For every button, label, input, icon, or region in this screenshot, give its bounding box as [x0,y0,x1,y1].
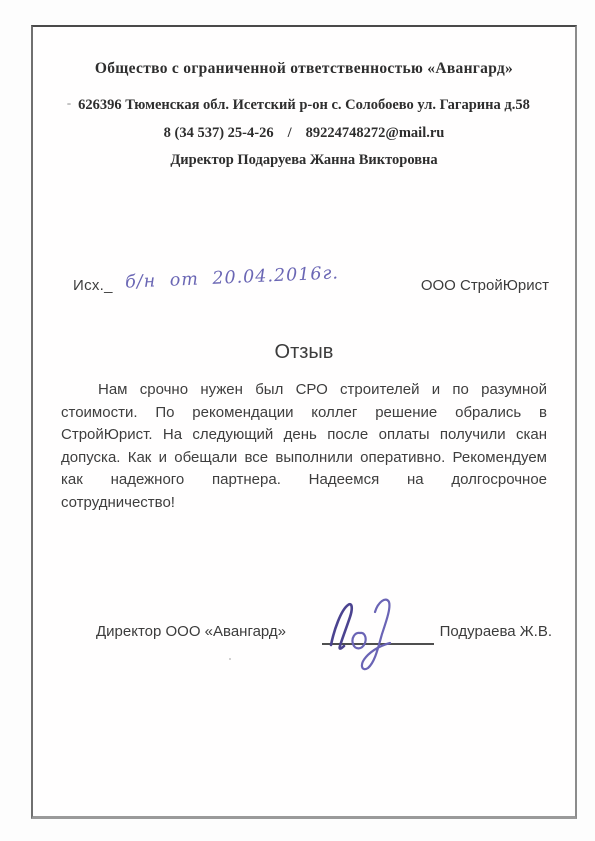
handwritten-outgoing-number: б/н от 20.04.2016г. [125,263,340,292]
contacts-separator: / [288,125,292,142]
signature-row: Директор ООО «Авангард» Подураева Ж.В. [33,622,575,702]
scan-speck [229,658,231,660]
body-line: сотрудничество! [61,492,547,515]
director-line: Директор Подаруева Жанна Викторовна [33,152,575,169]
body-line: Нам срочно нужен был СРО строителей и по… [61,379,547,402]
scan-speck [375,477,377,478]
letter-title: Отзыв [33,341,575,364]
letter-body: Нам срочно нужен был СРО строителей и по… [61,379,547,514]
company-name: Общество с ограниченной ответственностью… [33,60,575,78]
body-line: допуска. Как и обещали все выполнили опе… [61,447,547,470]
outgoing-number-label: Исх._ [73,277,113,294]
scan-speck [67,103,71,105]
reference-row: Исх._ б/н от 20.04.2016г. ООО СтройЮрист [33,274,575,300]
email-address: 89224748272@mail.ru [306,125,445,141]
body-line: стоимости. По рекомендации коллег решени… [61,402,547,425]
scanned-letter-page: Общество с ограниченной ответственностью… [0,0,595,841]
company-address: 626396 Тюменская обл. Исетский р-он с. С… [33,97,575,114]
letter-sheet-border: Общество с ограниченной ответственностью… [31,25,577,819]
signatory-position: Директор ООО «Авангард» [96,623,286,640]
phone-number: 8 (34 537) 25-4-26 [164,125,274,141]
body-line: как надежного партнера. Надеемся на долг… [61,469,547,492]
body-line: СтройЮрист. На следующий день после опла… [61,424,547,447]
signature-handwriting-icon [324,596,420,674]
signatory-name: Подураева Ж.В. [440,623,552,640]
addressee-name: ООО СтройЮрист [421,277,549,294]
company-contacts: 8 (34 537) 25-4-26/89224748272@mail.ru [33,125,575,142]
